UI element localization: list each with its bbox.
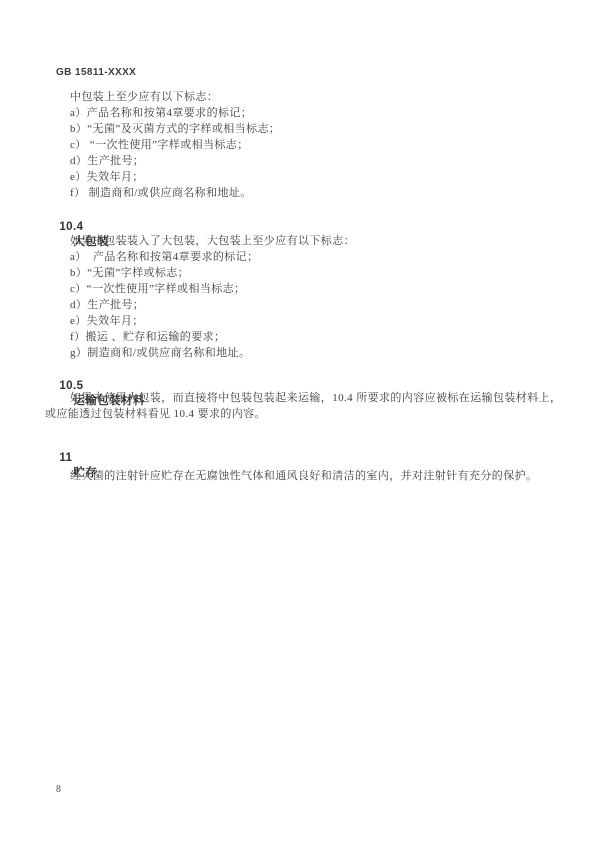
large-package-marking-list: 如果中包装装入了大包装，大包装上至少应有以下标志： a） 产品名称和按第4章要求… <box>70 233 355 361</box>
list-item: c）“一次性使用”字样或相当标志； <box>70 281 355 297</box>
page-number: 8 <box>56 784 61 795</box>
paragraph-line: 或应能透过包装材料看见 10.4 要求的内容。 <box>45 406 570 422</box>
running-header-doc-code: GB 15811-XXXX <box>56 67 136 78</box>
list-item: f）搬运 、贮存和运输的要求； <box>70 329 355 345</box>
list-item: f） 制造商和/或供应商名称和地址。 <box>70 185 280 201</box>
list-item: b）“无菌”及灭菌方式的字样或相当标志； <box>70 121 280 137</box>
list-item: e）失效年月； <box>70 313 355 329</box>
paragraph-line: 如果未使用大包装，而直接将中包装包装起来运输，10.4 所要求的内容应被标在运输… <box>45 390 570 406</box>
paragraph-line: 经灭菌的注射针应贮存在无腐蚀性气体和通风良好和清洁的室内，并对注射针有充分的保护… <box>70 468 537 484</box>
document-page: GB 15811-XXXX 中包装上至少应有以下标志： a）产品名称和按第4章要… <box>0 0 600 848</box>
list-item: g）制造商和/或供应商名称和地址。 <box>70 345 355 361</box>
list-item: e）失效年月； <box>70 169 280 185</box>
list-item: c） “一次性使用”字样或相当标志； <box>70 137 280 153</box>
storage-paragraph: 经灭菌的注射针应贮存在无腐蚀性气体和通风良好和清洁的室内，并对注射针有充分的保护… <box>70 468 537 484</box>
list-item: d）生产批号； <box>70 153 280 169</box>
section-heading-11: 11 贮存 <box>45 440 97 492</box>
transport-packaging-paragraph: 如果未使用大包装，而直接将中包装包装起来运输，10.4 所要求的内容应被标在运输… <box>45 390 570 422</box>
list-lead: 中包装上至少应有以下标志： <box>70 89 280 105</box>
list-item: a）产品名称和按第4章要求的标记； <box>70 105 280 121</box>
section-number: 11 <box>59 452 72 464</box>
list-item: a） 产品名称和按第4章要求的标记； <box>70 249 355 265</box>
list-item: b）“无菌”字样或标志； <box>70 265 355 281</box>
mid-package-marking-list: 中包装上至少应有以下标志： a）产品名称和按第4章要求的标记； b）“无菌”及灭… <box>70 89 280 201</box>
list-lead: 如果中包装装入了大包装，大包装上至少应有以下标志： <box>70 233 355 249</box>
section-number: 10.4 <box>59 221 83 233</box>
list-item: d）生产批号； <box>70 297 355 313</box>
